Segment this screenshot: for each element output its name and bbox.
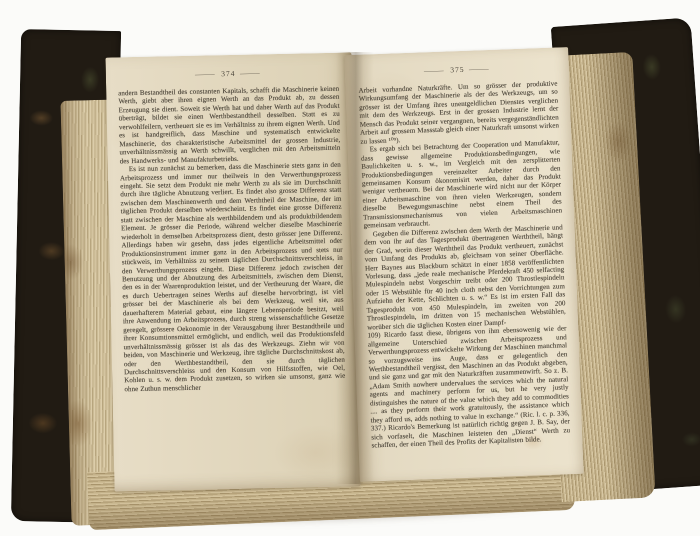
- right-page-text: Arbeit vorhandne Naturkräfte. Um so grös…: [358, 79, 570, 450]
- left-page-header: — 374 —: [118, 67, 339, 81]
- header-dash: —: [469, 65, 491, 73]
- right-page-header: — 375 —: [358, 61, 557, 77]
- right-page-number: 375: [450, 65, 465, 75]
- footnote: 109) Ricardo fasst diese, übrigens von i…: [367, 324, 570, 450]
- right-page: — 375 — Arbeit vorhandne Naturkräfte. Um…: [344, 47, 583, 482]
- photo-of-open-book: — 374 — andern Bestandtheil des constant…: [0, 0, 700, 536]
- paragraph: Es ist nun zunächst zu bemerken, dass di…: [120, 161, 346, 394]
- header-dash: —: [195, 70, 217, 78]
- paragraph: Gegeben die Differenz zwischen dem Werth…: [364, 223, 567, 332]
- header-dash: —: [240, 69, 262, 77]
- paragraph: Arbeit vorhandne Naturkräfte. Um so grös…: [358, 79, 559, 145]
- left-page: — 374 — andern Bestandtheil des constant…: [105, 52, 360, 491]
- left-page-number: 374: [221, 69, 235, 78]
- left-page-text: andern Bestandtheil des constanten Kapit…: [118, 85, 345, 394]
- paragraph: andern Bestandtheil des constanten Kapit…: [118, 85, 341, 166]
- paragraph: Es ergab sich bei Betrachtung der Cooper…: [361, 139, 563, 231]
- header-dash: —: [424, 66, 446, 74]
